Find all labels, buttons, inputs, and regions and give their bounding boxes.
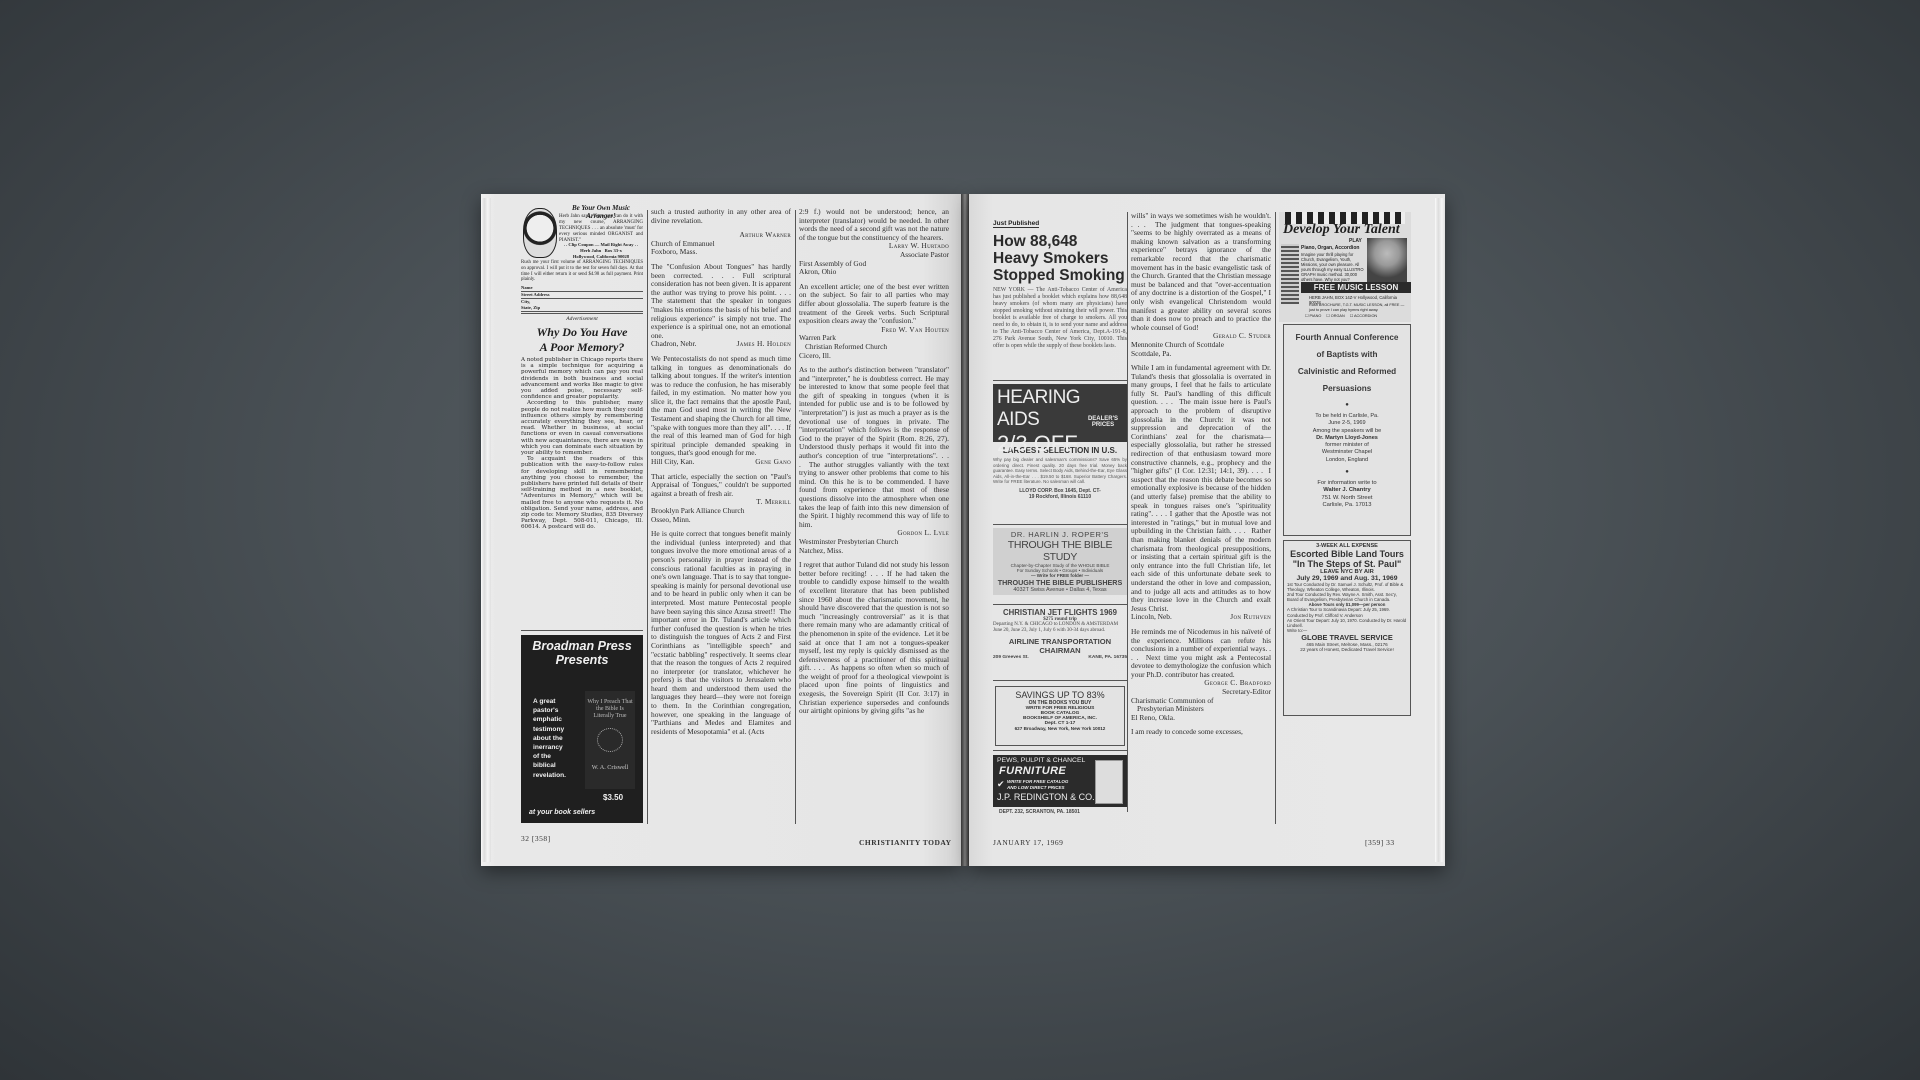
divider xyxy=(521,630,643,631)
ad-address: Herb Jahn Box 33-x Hollywood, California… xyxy=(559,248,643,259)
smokers-headline: How 88,648 Heavy Smokers Stopped Smoking xyxy=(993,233,1127,284)
letter-address: Cicero, Ill. xyxy=(799,352,949,361)
letter-text: wills" in ways we sometimes wish he woul… xyxy=(1131,211,1271,332)
book-illustration-icon xyxy=(597,728,623,752)
ad-kicker: Just Published xyxy=(993,220,1039,228)
right-page: Just Published How 88,648 Heavy Smokers … xyxy=(969,194,1445,866)
broadman-blurb: A great pastor's emphatic testimony abou… xyxy=(533,697,583,780)
page-edge xyxy=(481,198,491,862)
accordion-checkbox[interactable]: ☐ ACCORDION xyxy=(1350,313,1377,318)
page-number: [359] 33 xyxy=(1365,838,1395,847)
field-state-zip[interactable]: State, Zip xyxy=(521,305,643,312)
talent-ad: Develop Your Talent PLAY Piano, Organ, A… xyxy=(1279,212,1411,322)
savings-ad: SAVINGS UP TO 83% ON THE BOOKS YOU BUY W… xyxy=(995,686,1125,746)
piano-checkbox[interactable]: ☐ PIANO xyxy=(1305,313,1321,318)
smokers-body: NEW YORK — The Anti-Tobacco Center of Am… xyxy=(993,287,1127,350)
conference-ad: Fourth Annual Conference of Baptists wit… xyxy=(1283,324,1411,536)
letter-text: He is quite correct that tongues benefit… xyxy=(651,529,791,736)
pulpit-illustration xyxy=(1095,760,1123,804)
bible-study-ad: DR. HARLIN J. ROPER'S THROUGH THE BIBLE … xyxy=(993,528,1127,595)
letters-column-right: wills" in ways we sometimes wish he woul… xyxy=(1131,212,1271,743)
ad-body: Herb Jahn says, "Sure you can do it with… xyxy=(559,214,643,244)
divider xyxy=(993,524,1127,525)
letter-address: Akron, Ohio xyxy=(799,268,949,277)
memory-ad-para: A noted publisher in Chicago reports the… xyxy=(521,357,643,400)
field-name[interactable]: Name xyxy=(521,285,643,292)
divider xyxy=(993,680,1127,681)
letter-text: The "Confusion About Tongues" has hardly… xyxy=(651,262,791,340)
left-page: Be Your Own Music Arranger! Herb Jahn sa… xyxy=(481,194,961,866)
divider xyxy=(521,313,643,314)
portrait-photo xyxy=(1367,238,1407,282)
page-number: 32 [358] xyxy=(521,834,551,843)
letter-address: El Reno, Okla. xyxy=(1131,714,1271,723)
bible-tours-ad: 3-WEEK ALL EXPENSE Escorted Bible Land T… xyxy=(1283,540,1411,716)
running-footer: CHRISTIANITY TODAY xyxy=(859,838,952,847)
coupon-body: Rush me your first volume of ARRANGING T… xyxy=(521,260,643,283)
letter-text: While I am in fundamental agreement with… xyxy=(1131,363,1271,613)
broadman-title-2: Presents xyxy=(521,653,643,667)
broadman-title: Broadman Press xyxy=(521,639,643,653)
letter-text: An excellent article; one of the best ev… xyxy=(799,282,949,325)
hearing-aids-banner: HEARING AIDS 2/3 OFF DEALER'S PRICES xyxy=(993,384,1127,442)
portrait-illustration xyxy=(523,208,557,258)
checkmark-icon: ✔ xyxy=(997,779,1005,790)
organ-checkbox[interactable]: ☐ ORGAN xyxy=(1326,313,1344,318)
magazine-spread: Be Your Own Music Arranger! Herb Jahn sa… xyxy=(481,194,1445,866)
memory-ad-para: According to this publisher, many people… xyxy=(521,400,643,456)
field-street-address[interactable]: Street Address xyxy=(521,292,643,299)
coupon-fields: Name Street Address City, State, Zip xyxy=(521,285,643,312)
issue-date: JANUARY 17, 1969 xyxy=(993,838,1063,847)
broadman-press-ad: Broadman Press Presents A great pastor's… xyxy=(521,635,643,823)
divider xyxy=(993,604,1127,605)
letter-text: I am ready to concede some excesses, xyxy=(1131,727,1243,736)
letter-place: Lincoln, Neb. xyxy=(1131,612,1172,621)
column-rule xyxy=(647,210,648,824)
book-price: $3.50 xyxy=(603,793,623,802)
memory-ad-title: Why Do You Have xyxy=(521,325,643,340)
free-lesson-banner[interactable]: FREE MUSIC LESSON xyxy=(1301,282,1411,293)
page-edge xyxy=(1435,198,1445,862)
letter-address: Scottdale, Pa. xyxy=(1131,350,1271,359)
spine-gutter xyxy=(961,194,969,866)
advertisement-label: Advertisement xyxy=(521,316,643,322)
broadman-tagline: at your book sellers xyxy=(529,809,595,816)
letter-place: Chadron, Nebr. xyxy=(651,339,696,348)
memory-ad: Advertisement Why Do You Have A Poor Mem… xyxy=(521,316,643,531)
letter-text: I regret that author Tuland did not stud… xyxy=(799,560,949,715)
letter-address: Osseo, Minn. xyxy=(651,516,791,525)
letter-place: Hill City, Kan. xyxy=(651,457,694,466)
letters-column-2: such a trusted authority in any other ar… xyxy=(651,208,791,742)
coupon-line: . . Clip Coupon — Mail Right Away . . xyxy=(559,242,643,247)
divider xyxy=(993,380,1127,381)
bullet-icon: ● xyxy=(1284,469,1410,475)
letter-text: such a trusted authority in any other ar… xyxy=(651,207,791,225)
column-rule xyxy=(795,210,796,824)
column-rule xyxy=(1127,212,1128,812)
letter-signature: Gene Gano xyxy=(755,458,791,467)
letter-address: Natchez, Miss. xyxy=(799,547,949,556)
letter-text: We Pentecostalists do not spend as much … xyxy=(651,354,791,458)
letter-text: That article, especially the section on … xyxy=(651,472,791,498)
letter-text: 2:9 f.) would not be understood; hence, … xyxy=(799,207,949,242)
smokers-ad: Just Published How 88,648 Heavy Smokers … xyxy=(993,212,1127,350)
memory-ad-para: To acquaint the readers of this publicat… xyxy=(521,456,643,530)
bullet-icon: ● xyxy=(1284,402,1410,408)
book-author: W. A. Criswell xyxy=(585,764,635,771)
memory-ad-title-2: A Poor Memory? xyxy=(521,340,643,355)
divider xyxy=(993,750,1127,751)
jet-flights-ad: CHRISTIAN JET FLIGHTS 1969 $275 round tr… xyxy=(993,608,1127,660)
accordion-illustration xyxy=(1281,244,1299,304)
column-rule xyxy=(1275,212,1276,824)
hearing-aids-ad: HEARING AIDS 2/3 OFF DEALER'S PRICES LAR… xyxy=(993,384,1127,500)
letter-text: As to the author's distinction between "… xyxy=(799,365,949,529)
book-title: Why I Preach That the Bible Is Literally… xyxy=(585,699,635,720)
book-cover[interactable]: Why I Preach That the Bible Is Literally… xyxy=(585,691,635,789)
letter-text: He reminds me of Nicodemus in his naïvet… xyxy=(1131,627,1271,679)
music-arranger-ad: Be Your Own Music Arranger! Herb Jahn sa… xyxy=(521,204,643,310)
letters-column-3: 2:9 f.) would not be understood; hence, … xyxy=(799,208,949,722)
furniture-ad: PEWS, PULPIT & CHANCEL FURNITURE ✔ WRITE… xyxy=(993,755,1127,807)
furniture-address: DEPT. 232, SCRANTON, PA. 18501 xyxy=(999,809,1080,815)
letter-address: Foxboro, Mass. xyxy=(651,248,791,257)
letter-signature: James H. Holden xyxy=(737,340,791,349)
instrument-options: ☐ PIANO ☐ ORGAN ☐ ACCORDION xyxy=(1305,313,1377,318)
letter-signature: Jon Ruthven xyxy=(1230,613,1271,622)
